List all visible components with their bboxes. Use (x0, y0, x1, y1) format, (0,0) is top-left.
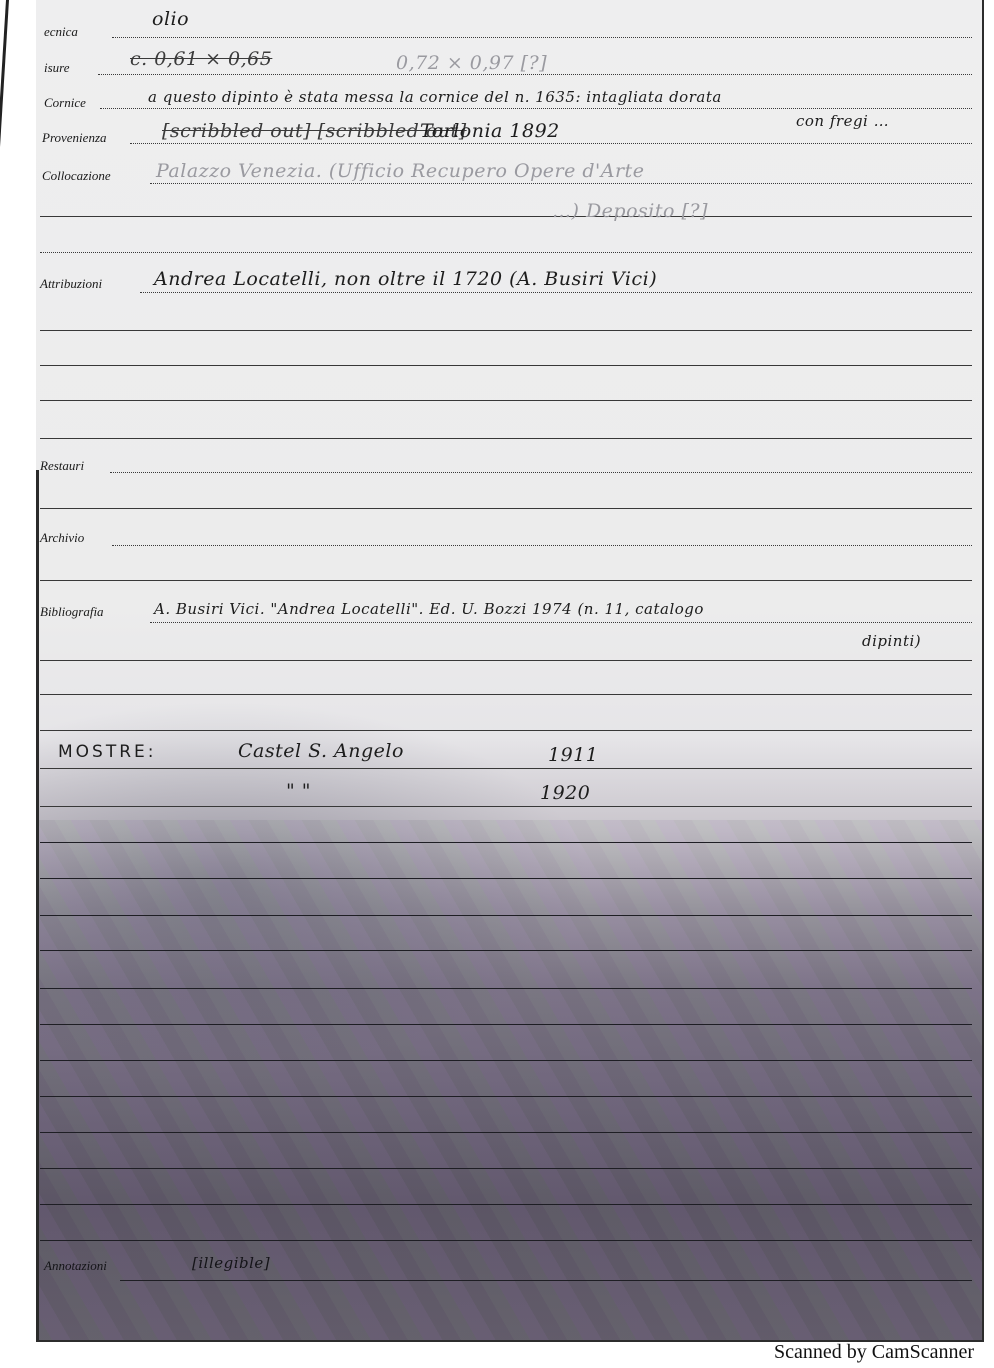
field-value-misure: 0,72 × 0,97 [?] (396, 52, 547, 74)
field-value-bibliografia-line1: A. Busiri Vici. "Andrea Locatelli". Ed. … (154, 600, 704, 618)
field-label-attribuzioni: Attribuzioni (40, 276, 102, 292)
field-label-provenienza: Provenienza (42, 130, 107, 146)
field-label-mostre: MOSTRE: (58, 742, 157, 762)
page-edge (36, 470, 39, 1340)
field-value-attribuzioni: Andrea Locatelli, non oltre il 1720 (A. … (154, 268, 657, 290)
field-value-cornice-line1: a questo dipinto è stata messa la cornic… (148, 88, 722, 106)
field-value-collocazione-line1: Palazzo Venezia. (Ufficio Recupero Opere… (156, 160, 644, 182)
field-label-archivio: Archivio (40, 530, 84, 546)
field-label-annotazioni: Annotazioni (44, 1258, 107, 1274)
mostre-year-1: 1911 (548, 744, 598, 766)
mostre-year-2: 1920 (540, 782, 590, 804)
field-value-misure-struck: c. 0,61 × 0,65 (130, 48, 272, 70)
catalogue-card-sheet (36, 0, 984, 1342)
field-label-cornice: Cornice (44, 95, 86, 111)
field-value-annotazioni: [illegible] (192, 1254, 270, 1272)
mostre-venue-2: " " (286, 780, 311, 802)
field-label-collocazione: Collocazione (42, 168, 111, 184)
field-value-cornice-line2: con fregi … (796, 112, 889, 130)
field-label-bibliografia: Bibliografia (40, 604, 104, 620)
field-label-restauri: Restauri (40, 458, 84, 474)
scanner-watermark: Scanned by CamScanner (774, 1341, 974, 1364)
mostre-venue-1: Castel S. Angelo (238, 740, 404, 762)
field-value-tecnica: olio (152, 8, 189, 30)
field-label-misure: isure (44, 60, 70, 76)
field-label-tecnica: ecnica (44, 24, 78, 40)
field-value-bibliografia-line2: dipinti) (862, 632, 921, 650)
field-value-collocazione-line2: …) Deposito [?] (552, 200, 708, 222)
field-value-provenienza: Torlonia 1892 (420, 120, 560, 142)
